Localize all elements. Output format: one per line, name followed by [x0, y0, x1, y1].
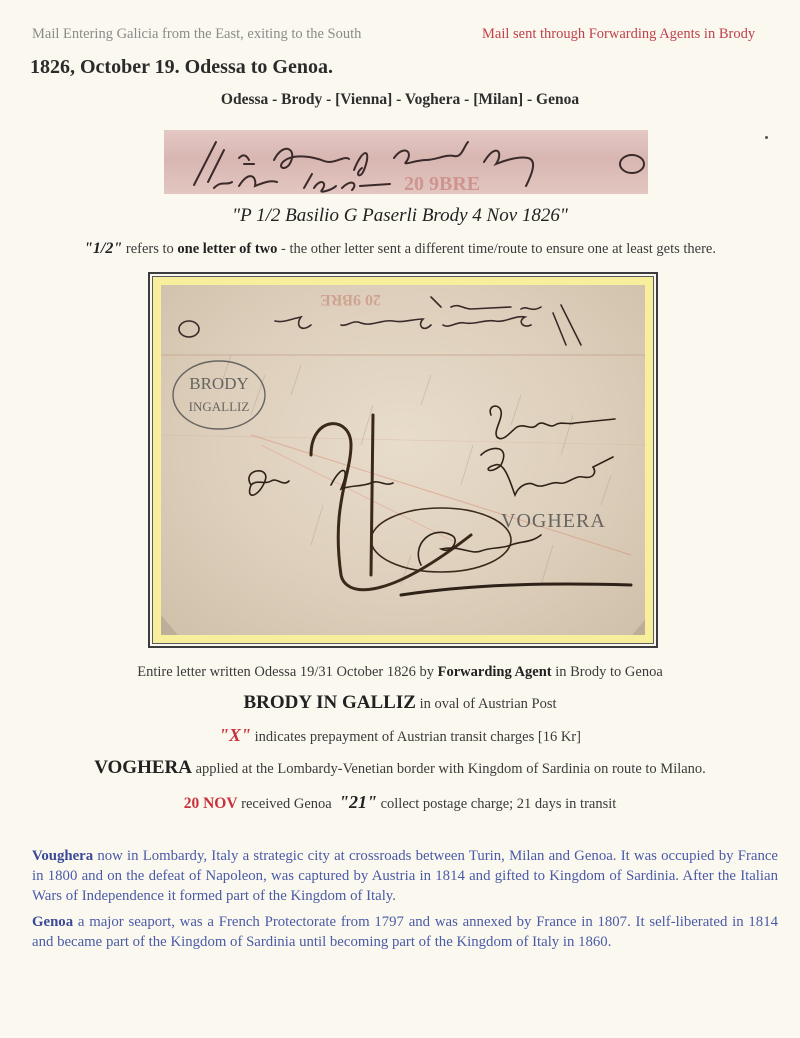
docket-handwriting-graphic: 20 9BRE [164, 130, 648, 194]
svg-text:BRODY: BRODY [189, 374, 249, 393]
cover-graphic: 20 9BRE BRODY INGALLIZ VOGHERA [161, 285, 645, 635]
caption-text: in Brody to Genoa [552, 664, 663, 680]
caption-text: received Genoa [238, 796, 339, 812]
note-quote: "1/2" [84, 240, 122, 257]
paper-speck [765, 136, 768, 139]
caption-text: Entire letter written Odessa 19/31 Octob… [137, 664, 437, 680]
paragraph-bold: Voughera [32, 848, 93, 864]
caption-voghera: VOGHERA applied at the Lombardy-Venetian… [0, 757, 800, 779]
half-letter-note: "1/2" refers to one letter of two - the … [0, 240, 800, 258]
paragraph-voughera: Voughera now in Lombardy, Italy a strate… [32, 846, 778, 906]
caption-brody-postmark: BRODY IN GALLIZ in oval of Austrian Post [0, 692, 800, 714]
entire-letter-image: 20 9BRE BRODY INGALLIZ VOGHERA [161, 285, 645, 635]
svg-text:INGALLIZ: INGALLIZ [189, 399, 250, 414]
exhibit-section-subtitle: Mail Entering Galicia from the East, exi… [32, 26, 361, 43]
caption-date-red: 20 NOV [184, 795, 238, 812]
note-text-1: refers to [122, 241, 177, 257]
caption-text: collect postage charge; 21 days in trans… [377, 796, 616, 812]
route-line: Odessa - Brody - [Vienna] - Voghera - [M… [0, 91, 800, 109]
cover-frame: 20 9BRE BRODY INGALLIZ VOGHERA [148, 272, 658, 648]
voghera-postmark: VOGHERA [501, 510, 606, 532]
cover-mat: 20 9BRE BRODY INGALLIZ VOGHERA [152, 276, 654, 644]
caption-mark: "X" [219, 725, 251, 745]
brody-postmark: BRODY INGALLIZ [173, 361, 265, 429]
exhibit-theme-subtitle: Mail sent through Forwarding Agents in B… [482, 26, 755, 43]
caption-arrival: 20 NOV received Genoa "21" collect posta… [0, 792, 800, 813]
note-bold: one letter of two [177, 241, 277, 257]
docket-detail-image: 20 9BRE [164, 130, 648, 194]
paragraph-text: now in Lombardy, Italy a strategic city … [32, 848, 778, 904]
caption-mark: "21" [339, 792, 377, 812]
caption-bold: BRODY IN GALLIZ [243, 692, 415, 713]
page-title: 1826, October 19. Odessa to Genoa. [30, 56, 333, 79]
paragraph-genoa: Genoa a major seaport, was a French Prot… [32, 912, 778, 952]
paragraph-text: a major seaport, was a French Protectora… [32, 914, 778, 950]
caption-bold: VOGHERA [94, 757, 192, 778]
note-text-2: - the other letter sent a different time… [277, 241, 716, 257]
svg-text:20 9BRE: 20 9BRE [404, 173, 480, 194]
caption-text: indicates prepayment of Austrian transit… [251, 729, 581, 745]
svg-text:20 9BRE: 20 9BRE [320, 291, 381, 308]
docket-transcription: "P 1/2 Basilio G Paserli Brody 4 Nov 182… [0, 205, 800, 227]
caption-x-mark: "X" indicates prepayment of Austrian tra… [0, 725, 800, 746]
caption-text: in oval of Austrian Post [416, 696, 557, 712]
caption-text: applied at the Lombardy-Venetian border … [192, 761, 706, 777]
paragraph-bold: Genoa [32, 914, 73, 930]
caption-bold: Forwarding Agent [438, 664, 552, 680]
caption-letter-description: Entire letter written Odessa 19/31 Octob… [0, 664, 800, 681]
